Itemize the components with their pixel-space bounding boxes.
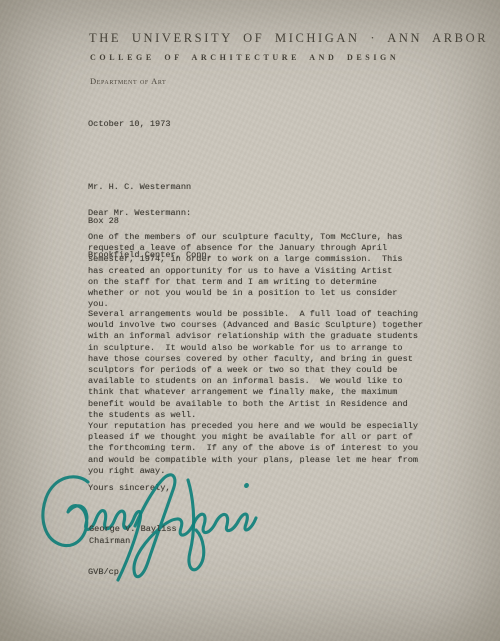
letterhead-university: THE UNIVERSITY OF MICHIGAN · ANN ARBOR bbox=[89, 31, 488, 46]
reference-initials: GVB/cp bbox=[88, 567, 119, 578]
body-paragraph-2: Several arrangements would be possible. … bbox=[88, 309, 443, 421]
signer-name: George V. Bayliss bbox=[89, 524, 177, 535]
letter-page: THE UNIVERSITY OF MICHIGAN · ANN ARBOR C… bbox=[0, 0, 500, 641]
salutation: Dear Mr. Westermann: bbox=[88, 208, 191, 219]
date-line: October 10, 1973 bbox=[88, 119, 171, 130]
letterhead-department: Department of Art bbox=[90, 76, 166, 86]
recipient-name: Mr. H. C. Westermann bbox=[88, 182, 212, 193]
valediction: Yours sincerely, bbox=[88, 483, 171, 494]
body-paragraph-3: Your reputation has preceded you here an… bbox=[88, 421, 443, 477]
letterhead-college: COLLEGE OF ARCHITECTURE AND DESIGN bbox=[90, 53, 399, 62]
signer-title: Chairman bbox=[89, 536, 130, 547]
body-paragraph-1: One of the members of our sculpture facu… bbox=[88, 232, 443, 310]
